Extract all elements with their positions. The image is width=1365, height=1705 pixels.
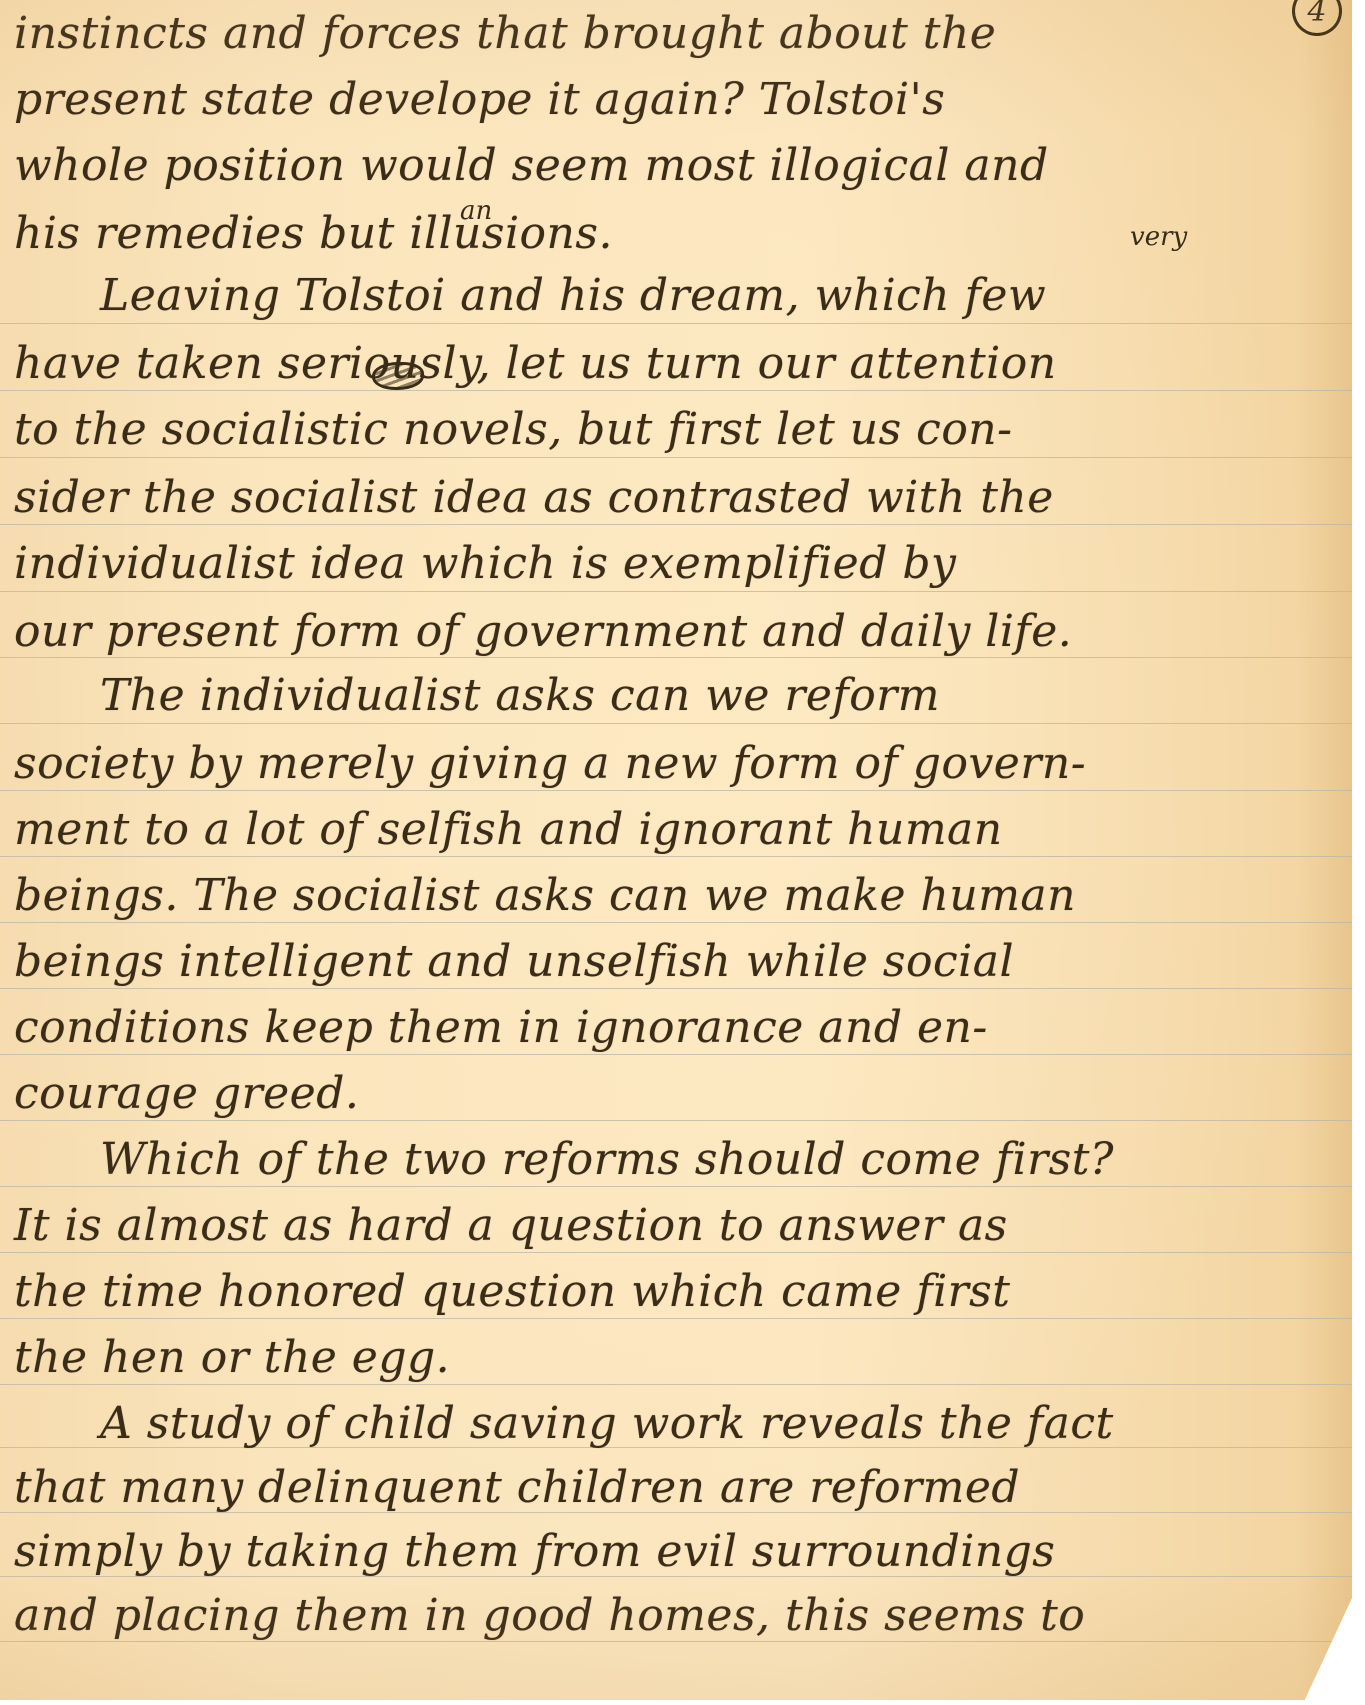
text-line-11: The individualist asks can we reform	[100, 670, 940, 721]
ruled-line	[0, 1318, 1352, 1319]
ruled-line	[0, 1120, 1352, 1121]
ruled-line	[0, 1054, 1352, 1055]
ruled-line	[0, 524, 1352, 525]
ruled-line	[0, 1252, 1352, 1253]
ruled-line	[0, 657, 1352, 658]
ruled-line	[0, 591, 1352, 592]
text-line-19: It is almost as hard a question to answe…	[14, 1200, 1008, 1251]
text-line-10: our present form of government and daily…	[14, 606, 1072, 657]
ruled-line	[0, 1641, 1352, 1642]
text-line-5: Leaving Tolstoi and his dream, which few	[100, 270, 1046, 321]
ruled-line	[0, 323, 1352, 324]
manuscript-page: 4 an very instincts and forces that brou…	[0, 0, 1352, 1700]
text-line-3: whole position would seem most illogical…	[14, 140, 1049, 191]
text-line-25: and placing them in good homes, this see…	[14, 1590, 1085, 1641]
text-line-8: sider the socialist idea as contrasted w…	[14, 472, 1054, 523]
text-line-21: the hen or the egg.	[14, 1332, 450, 1383]
text-line-6: have taken seriously, let us turn our at…	[14, 338, 1057, 389]
text-line-4: his remedies but illusions.	[14, 208, 613, 259]
text-line-9: individualist idea which is exemplified …	[14, 538, 956, 589]
text-line-18: Which of the two reforms should come fir…	[100, 1134, 1114, 1185]
text-line-13: ment to a lot of selfish and ignorant hu…	[14, 804, 1003, 855]
text-line-20: the time honored question which came fir…	[14, 1266, 1010, 1317]
text-line-17: courage greed.	[14, 1068, 359, 1119]
ruled-line	[0, 1186, 1352, 1187]
text-line-16: conditions keep them in ignorance and en…	[14, 1002, 988, 1053]
text-line-14: beings. The socialist asks can we make h…	[14, 870, 1076, 921]
ruled-line	[0, 457, 1352, 458]
ruled-line	[0, 922, 1352, 923]
page-number: 4	[1292, 0, 1342, 36]
text-line-23: that many delinquent children are reform…	[14, 1462, 1020, 1513]
ruled-line	[0, 723, 1352, 724]
text-line-15: beings intelligent and unselfish while s…	[14, 936, 1014, 987]
text-line-2: present state develope it again? Tolstoi…	[14, 74, 945, 125]
ruled-line	[0, 390, 1352, 391]
text-line-22: A study of child saving work reveals the…	[100, 1398, 1114, 1449]
ruled-line	[0, 1384, 1352, 1385]
text-line-7: to the socialistic novels, but first let…	[14, 404, 1013, 455]
ruled-line	[0, 790, 1352, 791]
text-line-24: simply by taking them from evil surround…	[14, 1526, 1055, 1577]
insertion-very: very	[1130, 222, 1187, 252]
text-line-12: society by merely giving a new form of g…	[14, 738, 1086, 789]
text-line-1: instincts and forces that brought about …	[14, 8, 996, 59]
ruled-line	[0, 856, 1352, 857]
ruled-line	[0, 988, 1352, 989]
